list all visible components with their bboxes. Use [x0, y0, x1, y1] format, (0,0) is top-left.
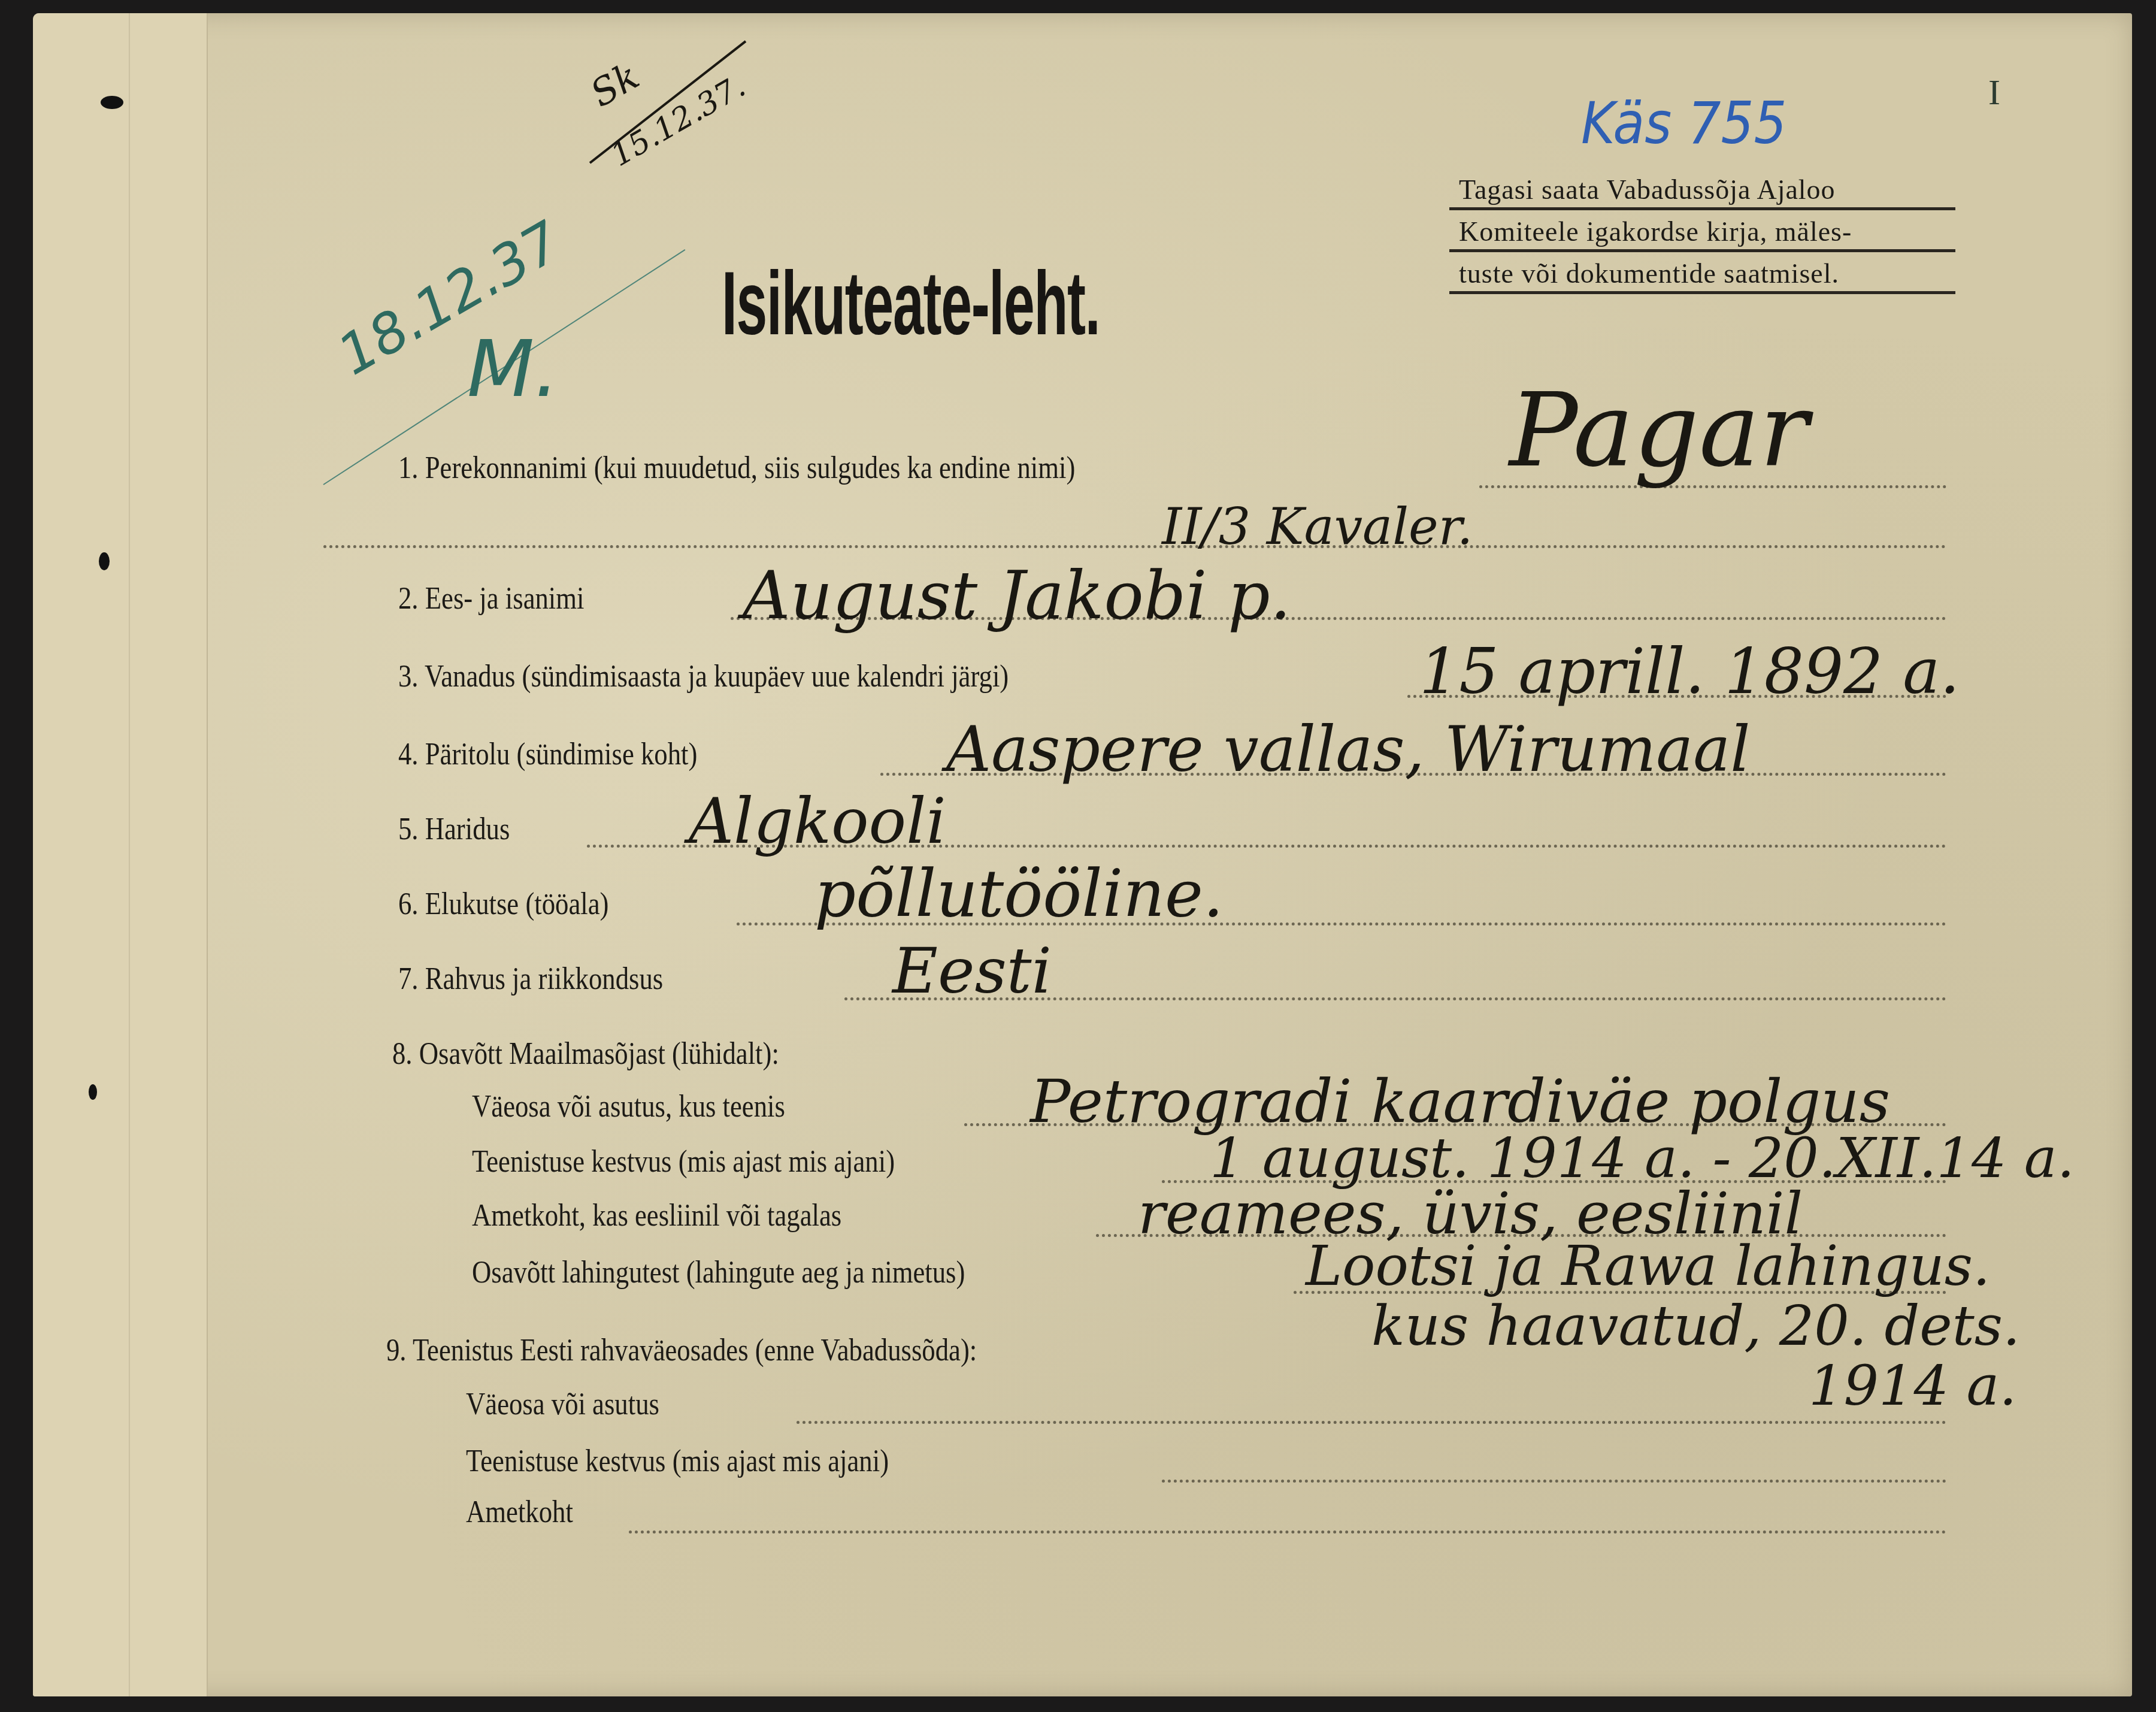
- field-estonian-duration-label: Teenistuse kestvus (mis ajast mis ajani): [466, 1444, 889, 1479]
- paper-fold: [129, 13, 130, 1696]
- field-estonian-unit-line: [797, 1421, 1946, 1424]
- field-birthdate-value[interactable]: 15 aprill. 1892 a.: [1419, 635, 1960, 708]
- notice-underline: [1449, 291, 1955, 294]
- field-estonian-service-label: 9. Teenistus Eesti rahvaväeosades (enne …: [386, 1333, 977, 1368]
- punch-hole-icon: [101, 96, 123, 109]
- field-surname-label: 1. Perekonnanimi (kui muudetud, siis sul…: [398, 450, 1075, 486]
- annotation-green-initials: M.: [467, 323, 559, 415]
- notice-underline: [1449, 207, 1955, 210]
- field-surname-line-2: [323, 545, 1946, 548]
- archive-reference: Käs 755: [1581, 90, 1786, 157]
- page-title: Isikuteate-leht.: [722, 252, 1100, 355]
- punch-hole-icon: [89, 1084, 97, 1100]
- field-estonian-position-label: Ametkoht: [466, 1495, 573, 1530]
- notice-underline: [1449, 249, 1955, 252]
- field-birthplace-value[interactable]: Aaspere vallas, Wirumaal: [946, 713, 1751, 786]
- notice-line-1: Tagasi saata Vabadussõja Ajaloo: [1459, 174, 1836, 205]
- field-surname-extra[interactable]: II/3 Kavaler.: [1162, 497, 1473, 556]
- field-birthdate-label: 3. Vanadus (sündimisaasta ja kuupäev uue…: [398, 659, 1009, 694]
- field-nationality-label: 7. Rahvus ja riikkondsus: [398, 961, 663, 997]
- page-marker: I: [1988, 72, 2000, 113]
- notice-line-2: Komiteele igakordse kirja, mäles-: [1459, 216, 1852, 247]
- field-estonian-unit-label: Väeosa või asutus: [466, 1387, 659, 1422]
- field-ww1-battles-value-3[interactable]: 1914 a.: [1809, 1354, 2016, 1418]
- binding-strip: [33, 13, 208, 1696]
- field-education-label: 5. Haridus: [398, 812, 510, 847]
- field-ww1-battles-value-2[interactable]: kus haavatud, 20. dets.: [1371, 1294, 2020, 1358]
- field-ww1-duration-label: Teenistuse kestvus (mis ajast mis ajani): [472, 1144, 895, 1179]
- field-ww1-battles-label: Osavõtt lahingutest (lahingute aeg ja ni…: [472, 1255, 965, 1290]
- field-ww1-position-label: Ametkoht, kas eesliinil või tagalas: [472, 1198, 841, 1233]
- punch-hole-icon: [99, 552, 110, 570]
- field-surname-value[interactable]: Pagar: [1509, 371, 1809, 490]
- field-name-value[interactable]: August Jakobi p.: [743, 557, 1291, 634]
- field-education-value[interactable]: Algkooli: [689, 785, 946, 858]
- field-birthplace-label: 4. Päritolu (sündimise koht): [398, 737, 697, 772]
- field-ww1-unit-label: Väeosa või asutus, kus teenis: [472, 1089, 785, 1124]
- field-ww1-label: 8. Osavõtt Maailmasõjast (lühidalt):: [392, 1036, 779, 1072]
- field-name-label: 2. Ees- ja isanimi: [398, 581, 584, 616]
- field-occupation-label: 6. Elukutse (tööala): [398, 887, 608, 922]
- field-occupation-value[interactable]: põllutööline.: [814, 857, 1224, 931]
- field-estonian-duration-line: [1162, 1480, 1946, 1483]
- field-nationality-value[interactable]: Eesti: [892, 934, 1052, 1008]
- field-ww1-battles-value[interactable]: Lootsi ja Rawa lahingus.: [1306, 1234, 1990, 1298]
- notice-line-3: tuste või dokumentide saatmisel.: [1459, 258, 1839, 289]
- field-estonian-position-line: [629, 1530, 1946, 1533]
